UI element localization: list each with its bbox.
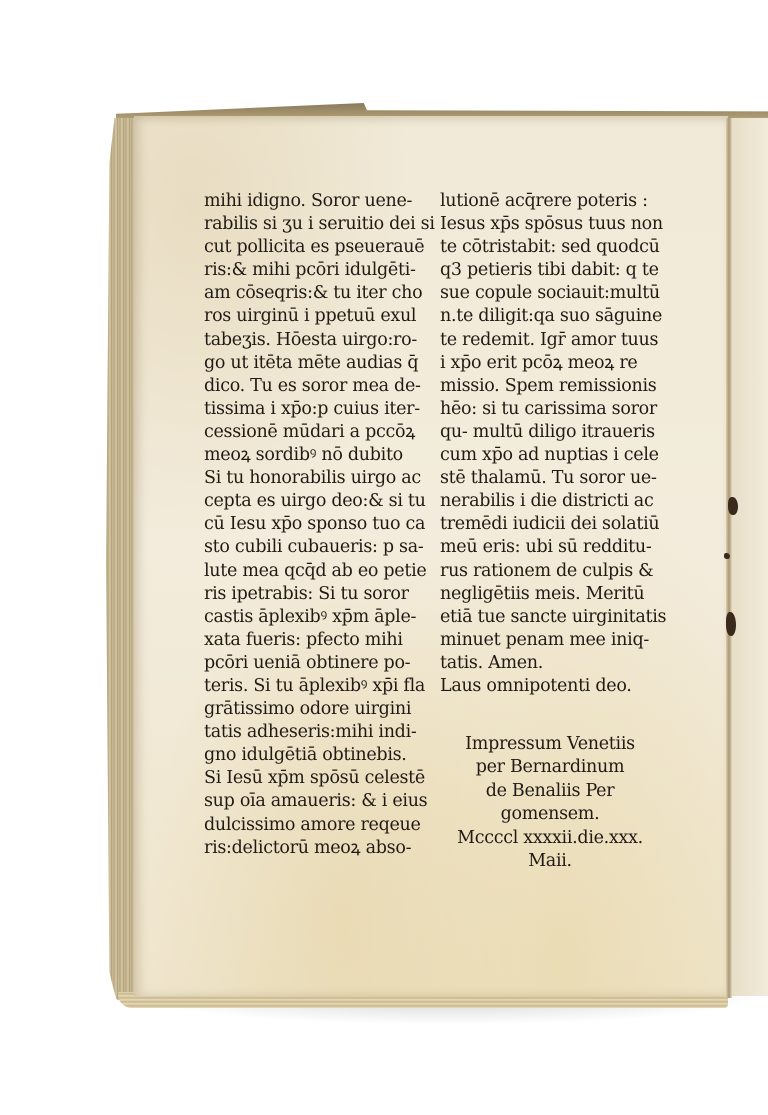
text-line: tatis adheseris:mihi indi- [204,721,430,744]
ink-stain [728,497,738,515]
text-line: meū eris: ubi sū redditu- [440,536,666,559]
text-line: ris ipetrabis: Si tu soror [204,583,430,606]
text-line: rabilis si ʒu i seruitio dei si [204,213,430,236]
text-line: tatis. Amen. [440,652,666,675]
text-line: dulcissimo amore reqeue [204,814,430,837]
text-line: tabeʒis. Hōesta uirgo:ro- [204,329,430,352]
book-photograph: mihi idigno. Soror uene- rabilis si ʒu i… [0,0,768,1115]
text-line: go ut itēta mēte audias q̄ [204,352,430,375]
text-line: cū Iesu xp̄o sponso tuo ca [204,513,430,536]
text-line: sup oīa amaueris: & i eius [204,790,430,813]
colophon-line: per Bernardinum [440,756,660,779]
text-line: Si Iesū xp̄m spōsū celestē [204,767,430,790]
text-line: dico. Tu es soror mea de- [204,375,430,398]
text-line: stē thalamū. Tu soror ue- [440,467,666,490]
text-line: sto cubili cubaueris: p sa- [204,536,430,559]
text-line: te cōtristabit: sed quodcū [440,236,666,259]
text-line: xata fueris: pfecto mihi [204,629,430,652]
text-line: Laus omnipotenti deo. [440,675,666,698]
text-line: tissima i xp̄o:p cuius iter- [204,398,430,421]
colophon-line: de Benaliis Per [440,780,660,803]
text-line: sue copule sociauit:multū [440,282,666,305]
right-page-edge [732,118,768,996]
text-line: i xp̄o erit pcōꝝ meoꝝ re [440,352,666,375]
text-line: cum xp̄o ad nuptias i cele [440,444,666,467]
text-line: negligētiis meis. Meritū [440,583,666,606]
text-line: missio. Spem remissionis [440,375,666,398]
ink-stain [726,612,736,636]
text-line: meoꝝ sordibꝰ nō dubito [204,444,430,467]
colophon-line: gomensem. [440,803,660,826]
text-line: hēo: si tu carissima soror [440,398,666,421]
colophon-line: Impressum Venetiis [440,733,660,756]
colophon-line: Maii. [440,850,660,873]
text-line: teris. Si tu āplexibꝰ xp̄i fla [204,675,430,698]
text-line: lute mea qcq̄d ab eo petie [204,560,430,583]
text-line: minuet penam mee iniq- [440,629,666,652]
text-line: nerabilis i die districti ac [440,490,666,513]
text-line: etiā tue sancte uirginitatis [440,606,666,629]
text-line: n.te diligit:qa suo sāguine [440,305,666,328]
text-line: lutionē acq̄rere poteris : [440,190,666,213]
text-line: tremēdi iudicii dei solatiū [440,513,666,536]
text-line: ris:delictorū meoꝝ abso- [204,837,430,860]
text-line: ros uirginū i ppetuū exul [204,305,430,328]
text-line: qu- multū diligo itraueris [440,421,666,444]
text-line: grātissimo odore uirgini [204,698,430,721]
text-line: cut pollicita es pseuerauē [204,236,430,259]
text-line: am cōseqris:& tu iter cho [204,282,430,305]
text-line: gno idulgētiā obtinebis. [204,744,430,767]
ink-stain [724,553,730,559]
text-line: castis āplexibꝰ xp̄m āple- [204,606,430,629]
text-line: ris:& mihi pcōri idulgēti- [204,259,430,282]
colophon-line: Mccccl xxxxii.die.xxx. [440,827,660,850]
text-line: Iesus xp̄s spōsus tuus non [440,213,666,236]
colophon: Impressum Venetiis per Bernardinum de Be… [440,733,660,873]
text-line: mihi idigno. Soror uene- [204,190,430,213]
right-text-column: lutionē acq̄rere poteris : Iesus xp̄s sp… [440,190,666,698]
text-line: te redemit. Igr̄ amor tuus [440,329,666,352]
text-line: q3 petieris tibi dabit: q te [440,259,666,282]
text-line: pcōri ueniā obtinere po- [204,652,430,675]
text-line: cessionē mūdari a pccōꝝ [204,421,430,444]
text-line: cepta es uirgo deo:& si tu [204,490,430,513]
left-text-column: mihi idigno. Soror uene- rabilis si ʒu i… [204,190,430,860]
text-line: Si tu honorabilis uirgo ac [204,467,430,490]
text-line: rus rationem de culpis & [440,560,666,583]
